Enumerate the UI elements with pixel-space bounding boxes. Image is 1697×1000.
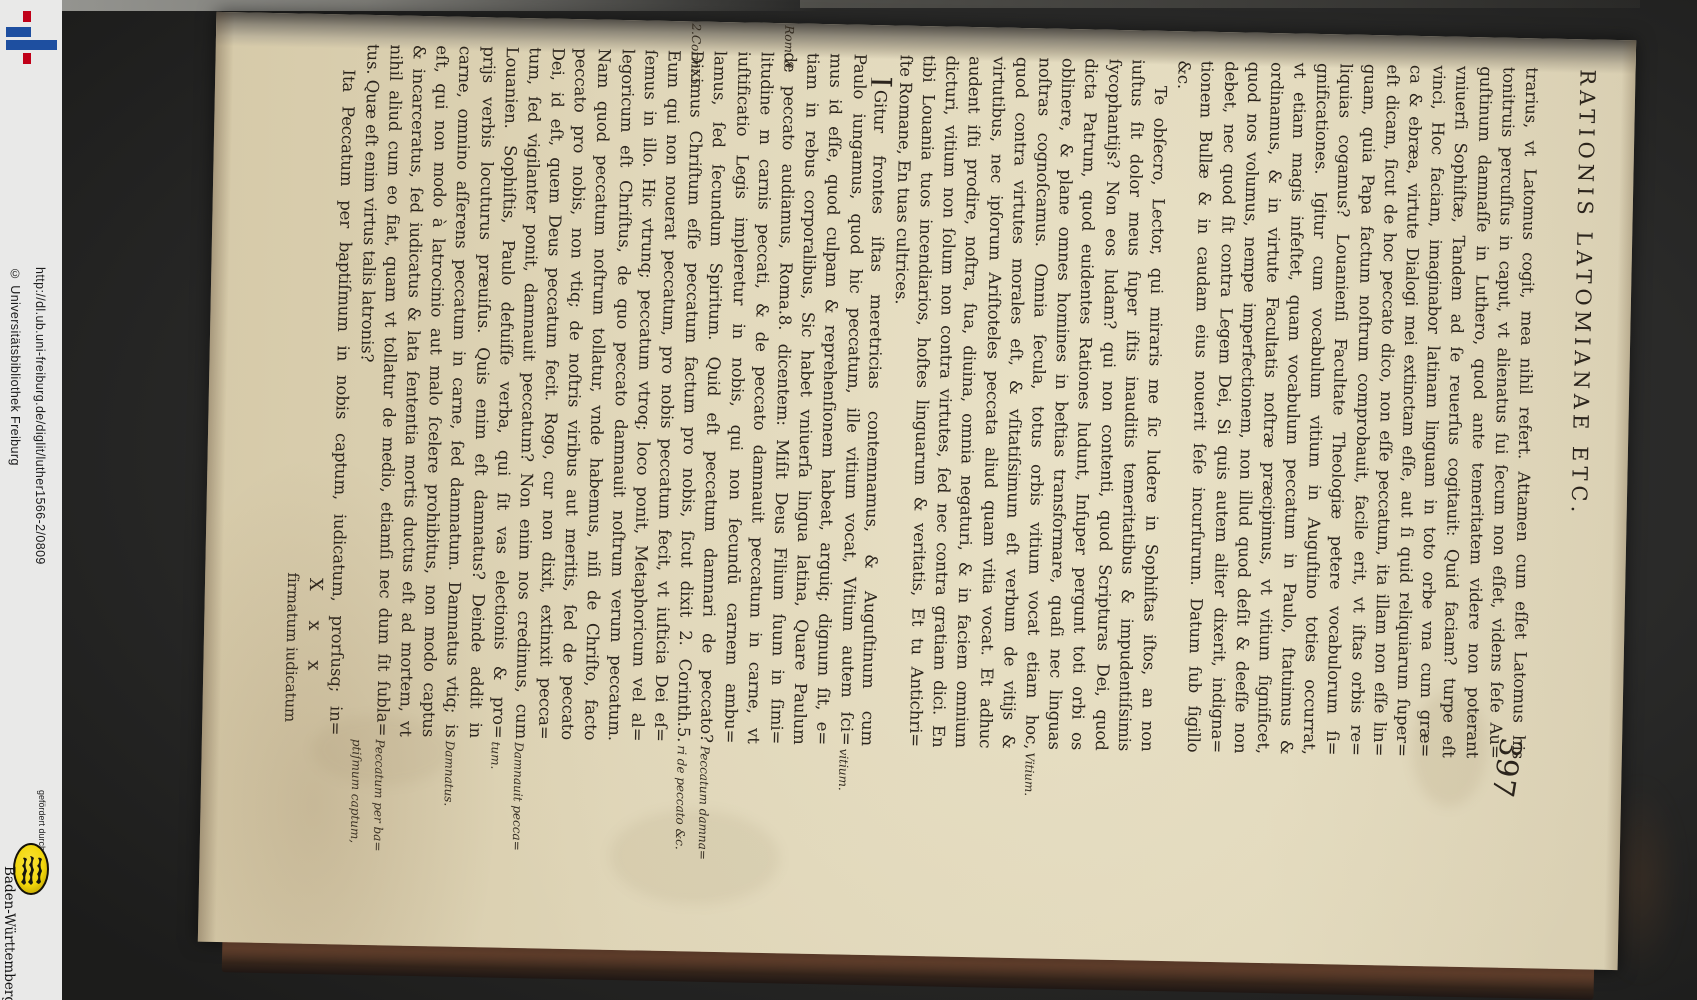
margin-note: Damnatus.	[441, 741, 456, 807]
baden-wuerttemberg-coat-of-arms-icon	[11, 841, 51, 897]
margin-note: Damnauit pecca=	[510, 742, 526, 851]
page-surface: RATIONIS LATOMIANAE ETC. 397 trarius, vt…	[198, 12, 1636, 970]
margin-note: vitium.	[836, 748, 851, 790]
margin-note: Peccatum damna=	[696, 746, 712, 860]
scan-table-edge-right	[800, 0, 1640, 8]
scan-table-edge	[62, 0, 822, 11]
margin-note: Rom. 8.	[781, 25, 796, 72]
running-head: RATIONIS LATOMIANAE ETC.	[1567, 69, 1600, 518]
logo-red-square-top	[23, 11, 31, 22]
copyright-label: © Universitätsbibliothek Freiburg	[8, 267, 22, 466]
source-url: http://dl.ub.uni-freiburg.de/diglit/luth…	[33, 267, 47, 565]
viewer-sidebar: http://dl.ub.uni-freiburg.de/diglit/luth…	[0, 0, 62, 1000]
body-lines: trarius, vt Latomus cogit, mea nihil ref…	[278, 42, 1544, 759]
margin-note: Vitium.	[1022, 752, 1037, 796]
logo-blue-bar-short	[6, 27, 31, 37]
margin-note: ptiſmum captum,	[348, 739, 364, 844]
funding-region-label: Baden-Württemberg	[1, 866, 17, 1000]
logo-blue-bar-long	[6, 40, 57, 50]
margin-note: 2.Corint.5.	[688, 23, 703, 89]
margin-note: Peccatum per ba=	[371, 739, 387, 851]
diglit-logo-icon	[0, 0, 62, 80]
margin-note: ri de peccato &c.	[673, 745, 689, 850]
logo-red-square-bottom	[23, 53, 31, 64]
margin-note: tum.	[489, 741, 504, 769]
scanned-page: RATIONIS LATOMIANAE ETC. 397 trarius, vt…	[198, 12, 1636, 970]
